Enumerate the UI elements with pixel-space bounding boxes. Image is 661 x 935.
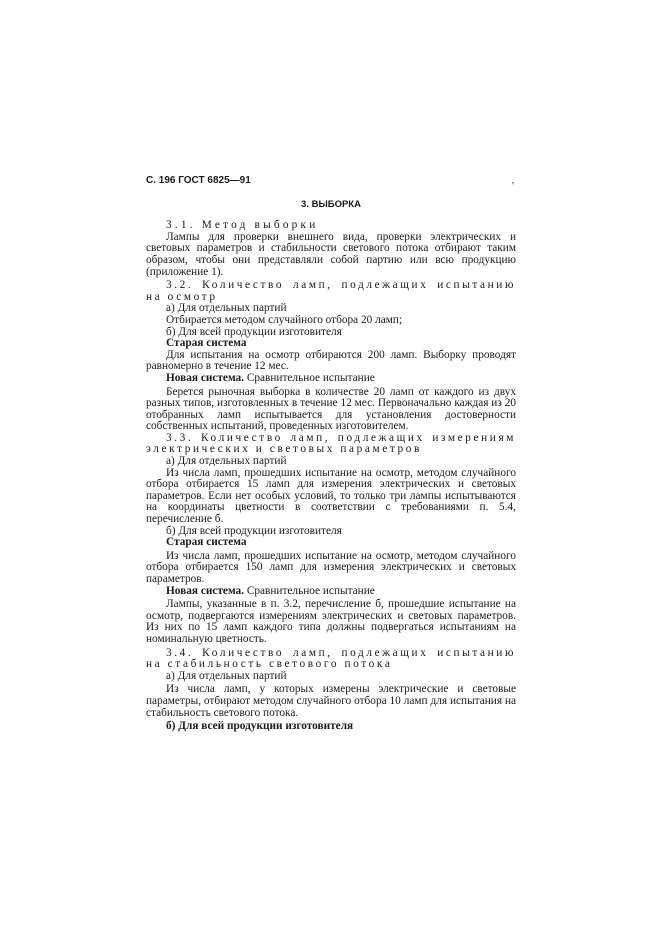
new-system-desc: Сравнительное испытание	[244, 585, 375, 597]
subitem-3-4-b: б) Для всей продукции изготовителя	[146, 721, 516, 733]
page-label: С. 196 ГОСТ 6825—91	[146, 175, 251, 187]
heading-3-4: 3.4. Количество ламп, подлежащих испытан…	[146, 648, 516, 671]
document-page: С. 196 ГОСТ 6825—91 ‚ 3. ВЫБОРКА 3.1. Ме…	[146, 175, 516, 733]
paragraph-3-1: Лампы для проверки внешнего вида, провер…	[146, 232, 516, 278]
new-system-label: Новая система.	[166, 585, 244, 597]
heading-3-2: 3.2. Количество ламп, подлежащих испытан…	[146, 280, 516, 303]
paragraph-3-3-a: Из числа ламп, прошедших испытание на ос…	[146, 468, 516, 526]
paragraph-3-2-old: Для испытания на осмотр отбираются 200 л…	[146, 350, 516, 373]
paragraph-3-2-a: Отбирается методом случайного отбора 20 …	[146, 315, 516, 327]
new-system-heading-3-3: Новая система. Сравнительное испытание	[146, 586, 516, 598]
subitem-3-4-a: а) Для отдельных партий	[146, 671, 516, 683]
subitem-3-3-a: а) Для отдельных партий	[146, 456, 516, 468]
running-head: С. 196 ГОСТ 6825—91 ‚	[146, 175, 516, 187]
margin-mark: ‚	[512, 175, 514, 187]
old-system-label-3-3: Старая система	[146, 537, 516, 549]
paragraph-3-3-old: Из числа ламп, прошедших испытание на ос…	[146, 551, 516, 586]
new-system-desc: Сравнительное испытание	[244, 372, 375, 384]
new-system-heading-3-2: Новая система. Сравнительное испытание	[146, 373, 516, 385]
paragraph-3-4-a: Из числа ламп, у которых измерены электр…	[146, 684, 516, 719]
old-system-label-3-2: Старая система	[146, 338, 516, 350]
new-system-label: Новая система.	[166, 372, 244, 384]
heading-3-3: 3.3. Количество ламп, подлежащих измерен…	[146, 433, 516, 456]
paragraph-3-2-new: Берется рыночная выборка в количестве 20…	[146, 387, 516, 433]
section-title: 3. ВЫБОРКА	[146, 199, 516, 211]
paragraph-3-3-new: Лампы, указанные в п. 3.2, перечисление …	[146, 599, 516, 645]
